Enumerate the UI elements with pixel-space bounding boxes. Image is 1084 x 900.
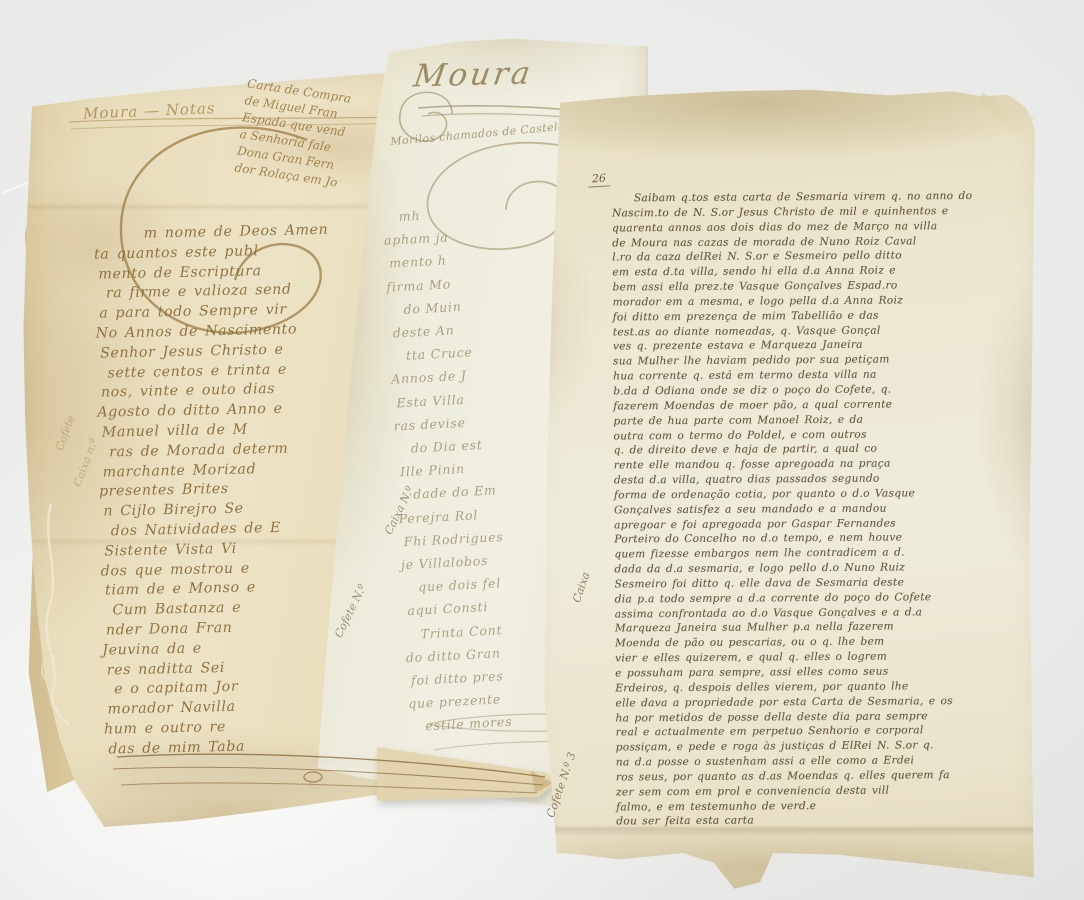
photograph-of-manuscripts: Moura — Notas Carta de Comprade Miguel F… — [0, 0, 1084, 900]
right-doc-body: Saibam q.tos esta carta de Sesmaria vire… — [612, 189, 1022, 830]
page-number: 26 — [588, 171, 611, 187]
document-right: 26 Saibam q.tos esta carta de Sesmaria v… — [528, 80, 1044, 892]
text-line: Saibam q.tos esta carta de Sesmaria vire… — [612, 189, 1018, 207]
closing-rules-flourish — [95, 735, 565, 810]
left-doc-corner-wedge — [95, 735, 565, 810]
binding-thread — [31, 500, 75, 730]
text-line: dou ser feita esta carta — [616, 812, 1022, 830]
